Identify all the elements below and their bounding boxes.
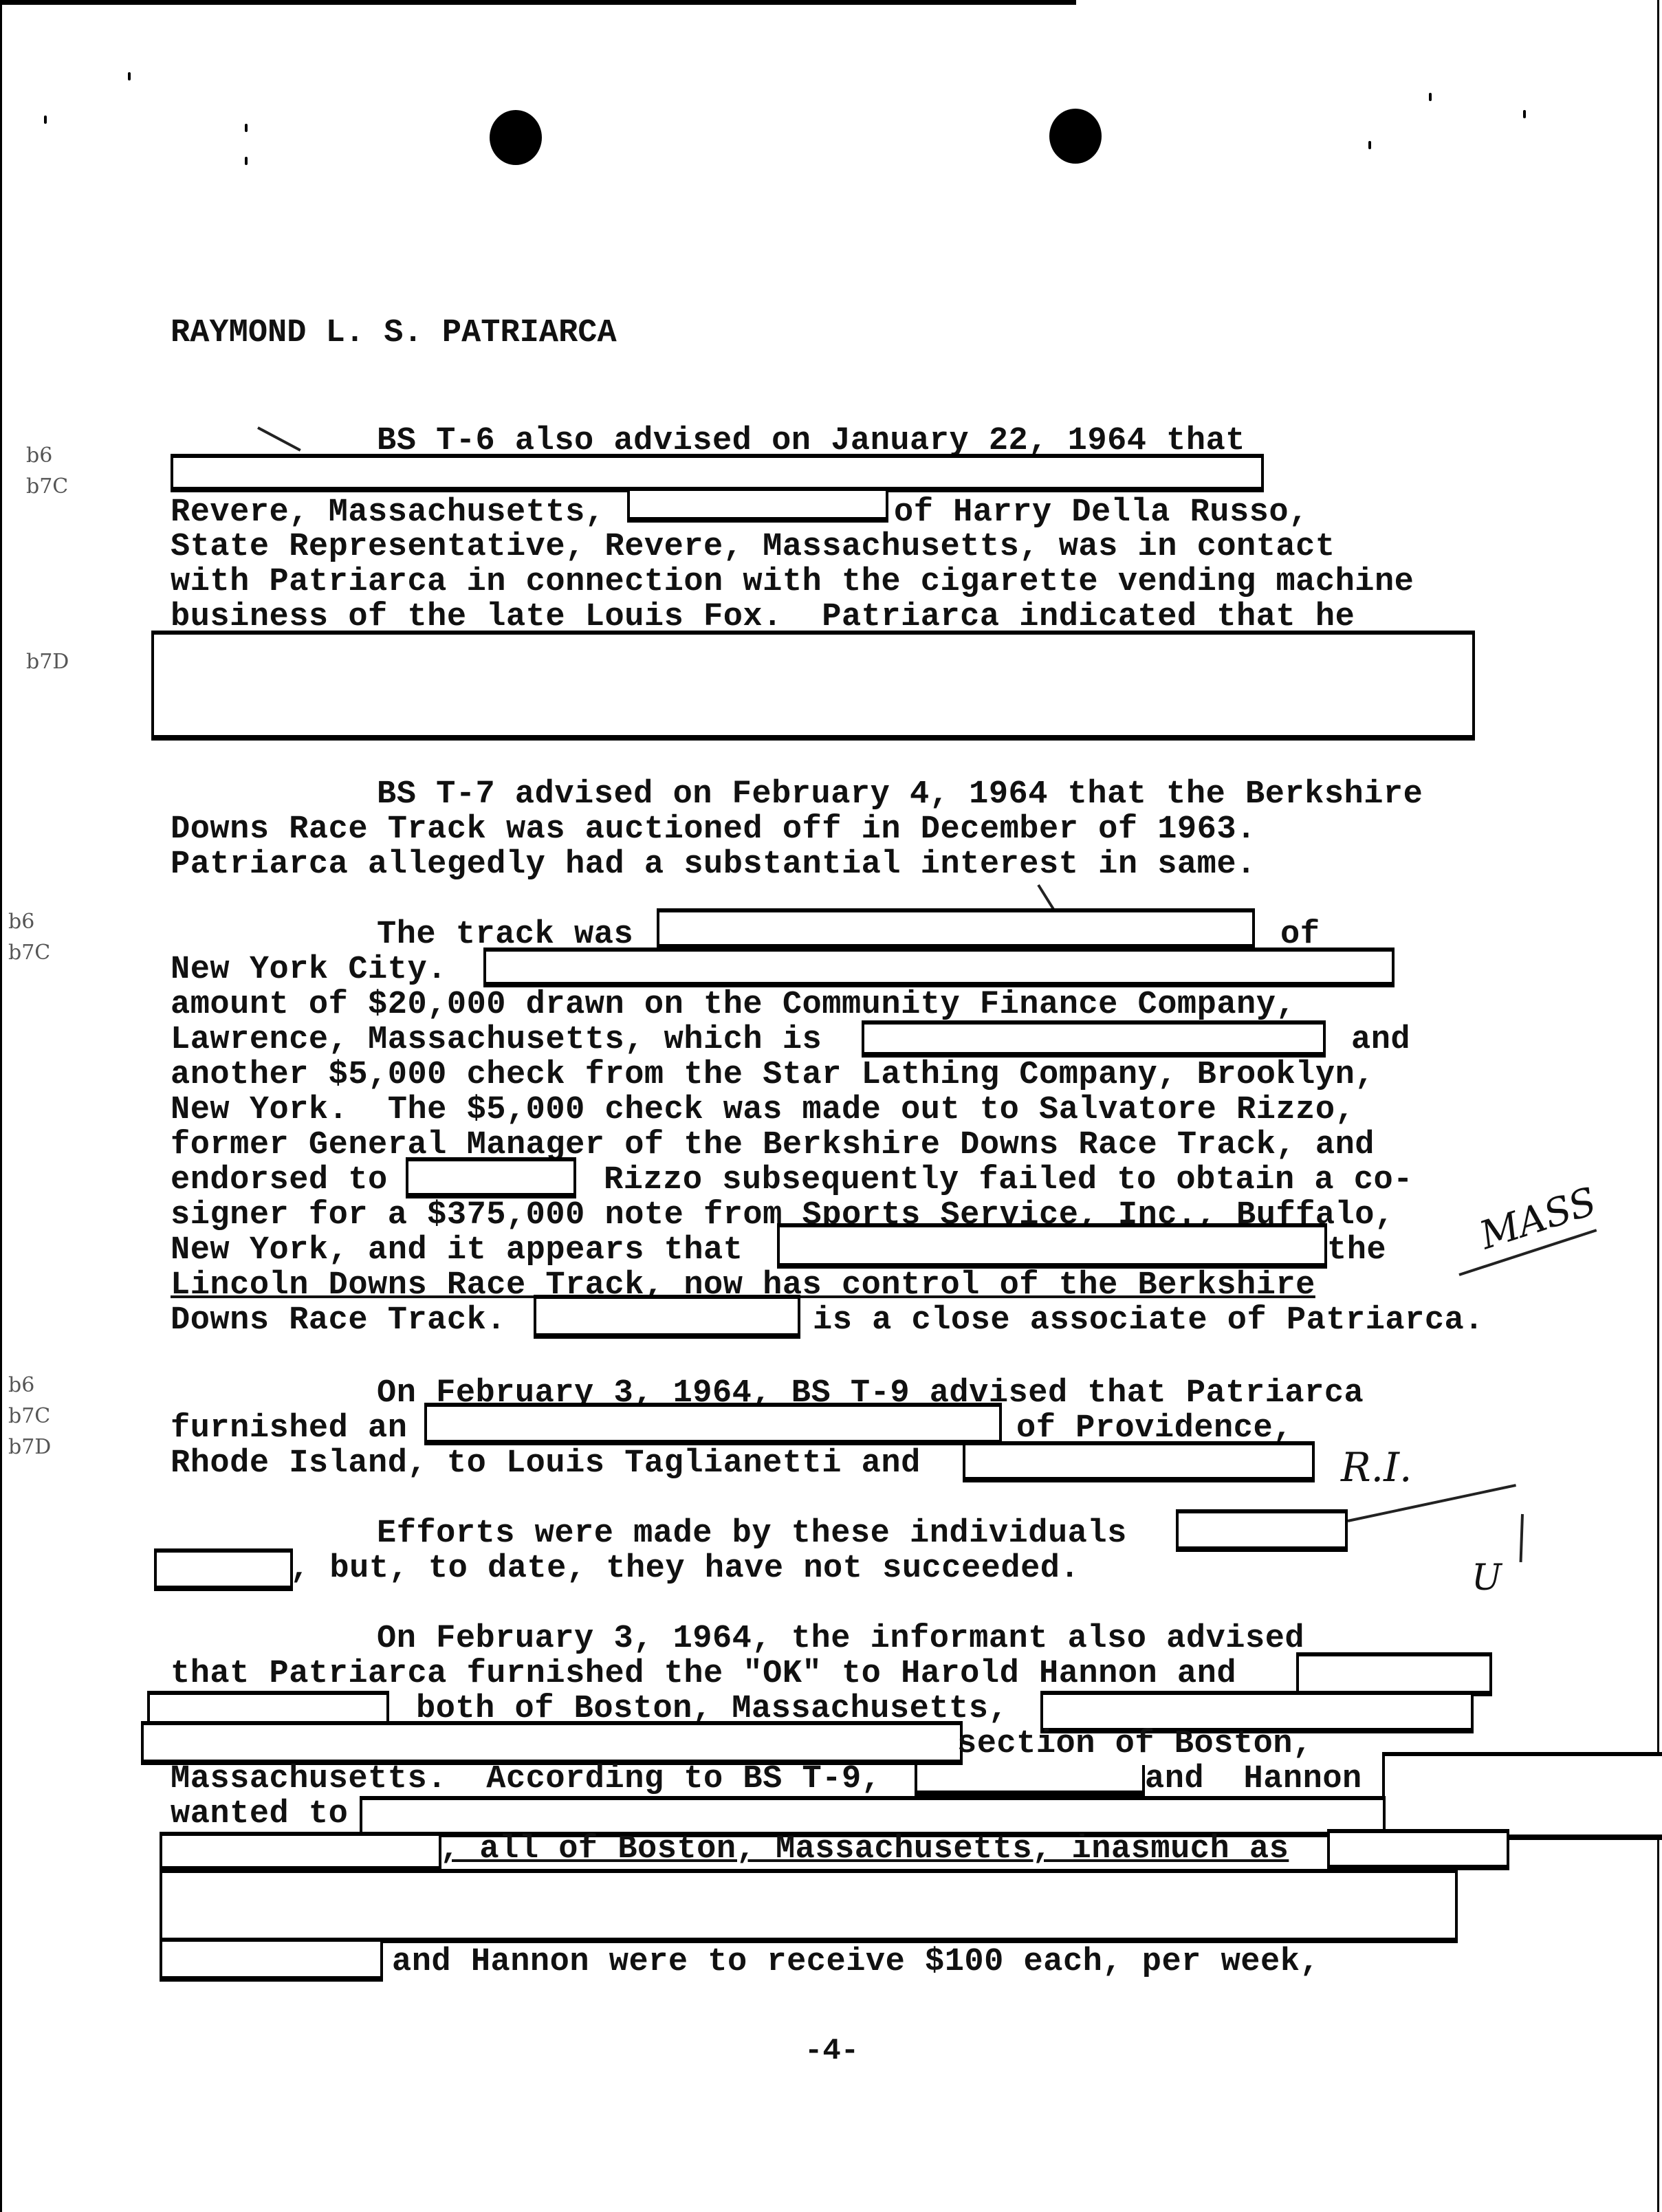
redaction-box	[627, 487, 888, 523]
exemption-codes-2: b7D	[26, 646, 69, 677]
exemption-code: b7D	[8, 1432, 51, 1463]
text-line: Revere, Massachusetts,	[171, 496, 605, 529]
exemption-code: b6	[26, 440, 68, 471]
handwritten-annotation: R.I.	[1341, 1444, 1412, 1491]
text-line: New York, and it appears that	[171, 1234, 743, 1267]
text-line: BS T-7 advised on February 4, 1964 that …	[377, 778, 1423, 811]
text-line: of Harry Della Russo,	[894, 496, 1309, 529]
redaction-box	[160, 1832, 441, 1872]
text-line: Patriarca allegedly had a substantial in…	[171, 848, 1256, 881]
text-line: section of Boston,	[957, 1728, 1313, 1760]
redaction-box	[777, 1223, 1327, 1269]
text-line: New York City.	[171, 954, 447, 986]
redaction-box	[1296, 1652, 1492, 1696]
redaction-box	[141, 1721, 963, 1765]
text-line: , all of Boston, Massachusetts, inasmuch…	[440, 1833, 1289, 1865]
text-line: another $5,000 check from the Star Lathi…	[171, 1059, 1375, 1091]
redaction-box	[657, 908, 1255, 950]
exemption-code: b7C	[26, 471, 68, 502]
punch-hole-icon	[490, 110, 542, 165]
text-line: and Hannon were to receive $100 each, pe…	[392, 1946, 1320, 1978]
text-line: Downs Race Track.	[171, 1304, 506, 1337]
redaction-box	[151, 631, 1475, 741]
text-line: Efforts were made by these individuals	[377, 1518, 1127, 1550]
redaction-box	[154, 1548, 293, 1591]
text-line: , but, to date, they have not succeeded.	[290, 1553, 1080, 1585]
scan-border-right	[1657, 0, 1659, 2212]
text-line: former General Manager of the Berkshire …	[171, 1129, 1375, 1161]
redaction-box	[483, 948, 1395, 987]
text-line: New York. The $5,000 check was made out …	[171, 1094, 1355, 1126]
exemption-codes-1: b6 b7C	[26, 440, 68, 502]
scan-speck	[1523, 110, 1526, 118]
scan-speck	[128, 72, 131, 80]
scan-border-left	[0, 0, 2, 2212]
redaction-box	[1327, 1829, 1509, 1870]
exemption-code: b7D	[26, 646, 69, 677]
text-line: both of Boston, Massachusetts,	[416, 1693, 1008, 1725]
exemption-code: b6	[8, 906, 50, 937]
text-line: Downs Race Track was auctioned off in De…	[171, 813, 1256, 846]
exemption-code: b7C	[8, 937, 50, 968]
checkmark-icon	[257, 426, 301, 451]
text-line: furnished an	[171, 1412, 407, 1445]
page-number: -4-	[805, 2034, 859, 2068]
text-line: and Hannon	[1145, 1763, 1362, 1795]
text-line: Rhode Island, to Louis Taglianetti and	[171, 1447, 921, 1480]
text-line: The track was	[377, 919, 633, 951]
text-line: that Patriarca furnished the "OK" to Har…	[171, 1658, 1236, 1690]
text-line: and	[1351, 1024, 1410, 1056]
handwritten-mark	[1520, 1514, 1524, 1562]
text-line: On February 3, 1964, the informant also …	[377, 1623, 1304, 1655]
redaction-box	[160, 1869, 1458, 1943]
exemption-codes-3: b6 b7C	[8, 906, 50, 968]
handwritten-mark: U	[1472, 1557, 1502, 1599]
scan-speck	[1429, 93, 1432, 101]
redaction-box	[424, 1403, 1002, 1445]
redaction-box	[963, 1441, 1315, 1482]
redaction-box	[1176, 1509, 1348, 1552]
exemption-codes-4: b6 b7C b7D	[8, 1370, 51, 1463]
punch-hole-icon	[1049, 109, 1102, 164]
text-line: State Representative, Revere, Massachuse…	[171, 531, 1335, 563]
exemption-code: b7C	[8, 1401, 51, 1432]
redaction-box	[862, 1020, 1326, 1058]
text-line: Lawrence, Massachusetts, which is	[171, 1024, 822, 1056]
scan-speck	[245, 124, 248, 132]
scan-border-top	[0, 0, 1076, 5]
redaction-box	[1382, 1752, 1662, 1840]
text-line: the	[1327, 1234, 1386, 1267]
text-line: Massachusetts. According to BS T-9,	[171, 1763, 881, 1795]
text-line: wanted to	[171, 1798, 348, 1830]
scan-speck	[245, 157, 248, 165]
page-title: RAYMOND L. S. PATRIARCA	[171, 315, 617, 351]
redaction-box	[160, 1942, 383, 1982]
redaction-box	[534, 1295, 800, 1339]
text-line: endorsed to	[171, 1164, 388, 1196]
text-line: is a close associate of Patriarca.	[813, 1304, 1484, 1337]
text-line: business of the late Louis Fox. Patriarc…	[171, 601, 1355, 633]
text-line: with Patriarca in connection with the ci…	[171, 566, 1414, 598]
scan-speck	[44, 116, 47, 124]
redaction-box	[406, 1157, 576, 1198]
scan-speck	[1368, 141, 1371, 149]
document-page: RAYMOND L. S. PATRIARCA b6 b7C b7D b6 b7…	[0, 0, 1662, 2212]
text-line: of Providence,	[1016, 1412, 1293, 1445]
text-line: of	[1280, 919, 1320, 951]
redaction-box	[915, 1765, 1145, 1796]
text-line: Rizzo subsequently failed to obtain a co…	[604, 1164, 1413, 1196]
exemption-code: b6	[8, 1370, 51, 1401]
text-line: BS T-6 also advised on January 22, 1964 …	[377, 425, 1245, 457]
handwritten-annotation: MASS	[1474, 1179, 1601, 1258]
text-line: amount of $20,000 drawn on the Community…	[171, 989, 1295, 1021]
